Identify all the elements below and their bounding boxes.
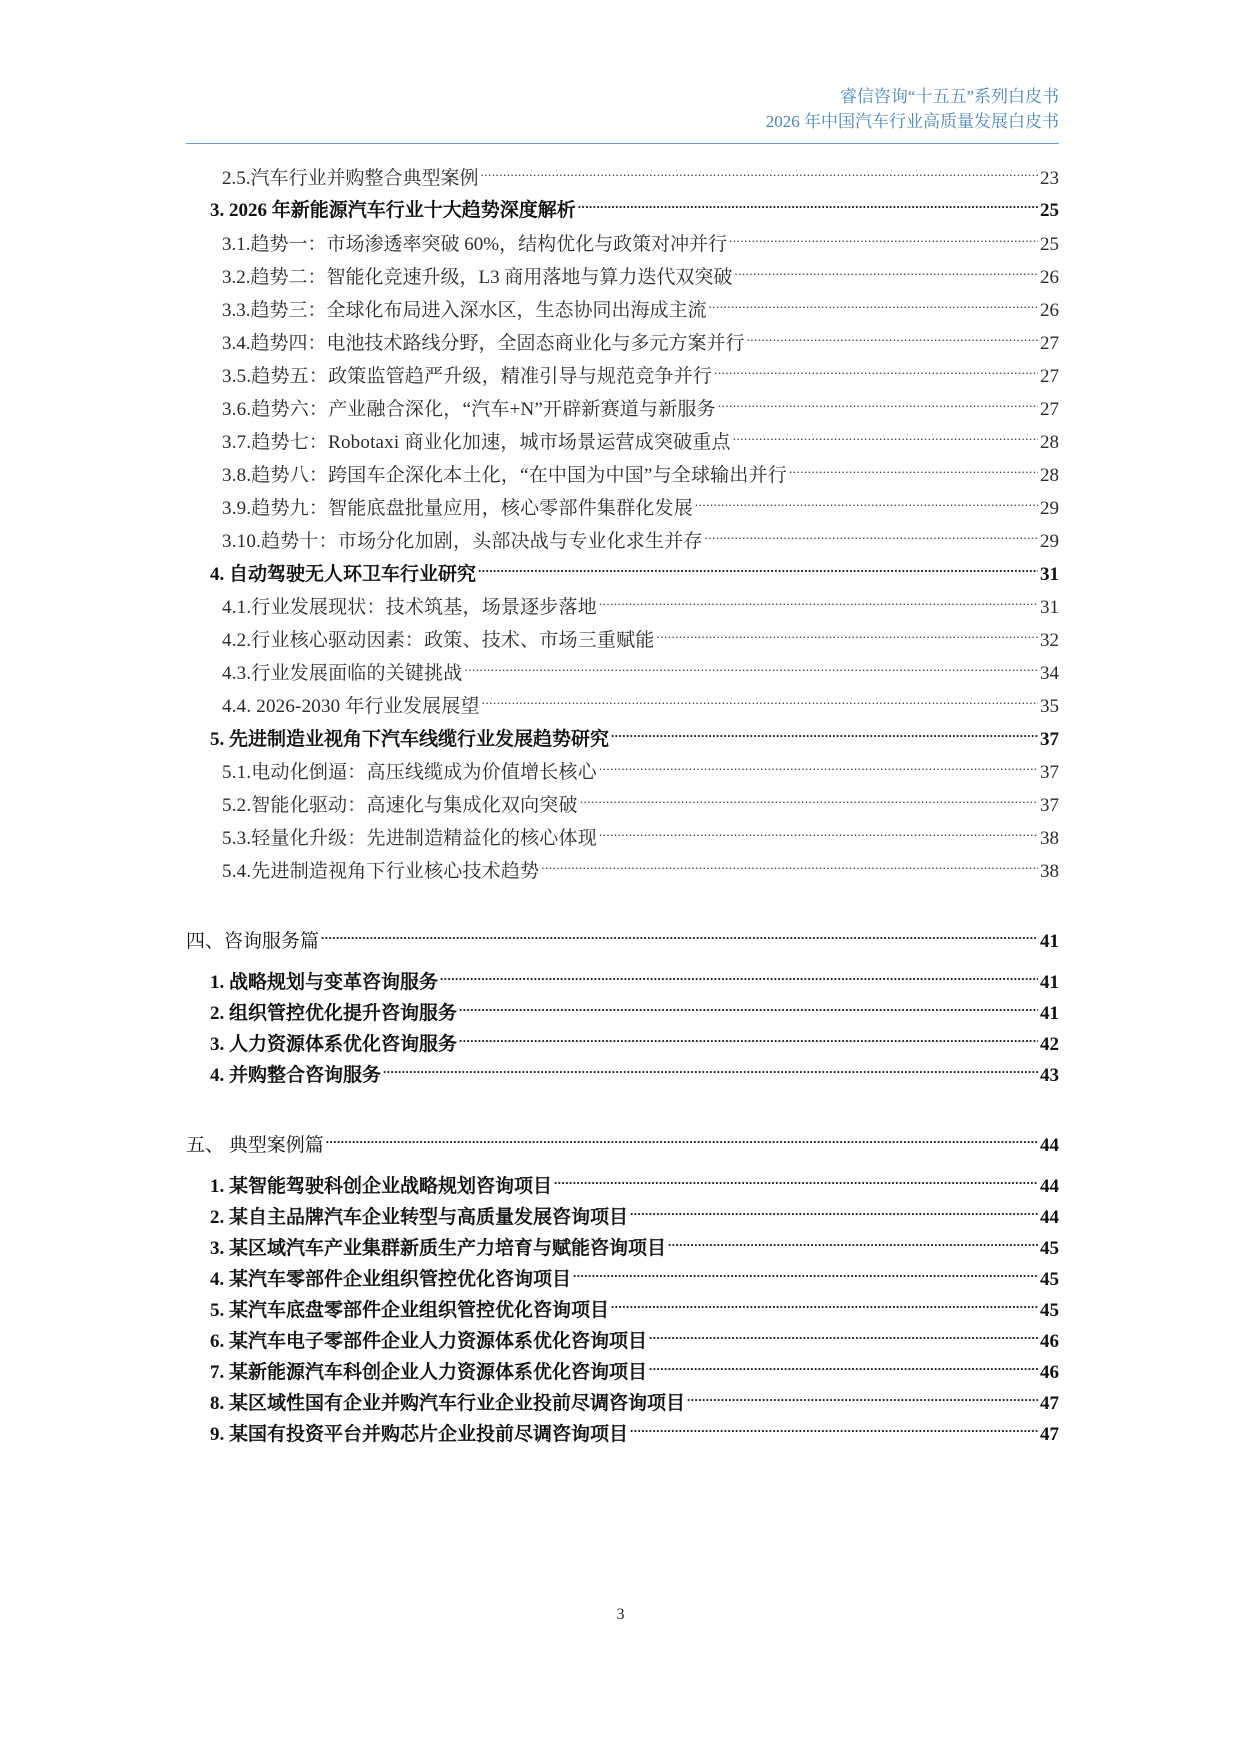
running-header: 睿信咨询“十五五”系列白皮书 2026 年中国汽车行业高质量发展白皮书: [186, 84, 1059, 134]
toc-entry[interactable]: 4.3.行业发展面临的关键挑战 34: [222, 645, 1059, 679]
dot-leader: [599, 579, 1038, 613]
toc-entry[interactable]: 4. 自动驾驶无人环卫车行业研究 31: [210, 546, 1059, 580]
dot-leader: [718, 381, 1038, 415]
dot-leader: [554, 1158, 1038, 1192]
toc-entry[interactable]: 5.1.电动化倒逼：高压线缆成为价值增长核心 37: [222, 744, 1059, 778]
toc-entry[interactable]: 3. 2026 年新能源汽车行业十大趋势深度解析 25: [210, 182, 1059, 216]
dot-leader: [578, 182, 1038, 216]
dot-leader: [481, 150, 1038, 184]
toc-entry[interactable]: 1. 战略规划与变革咨询服务 41: [210, 954, 1059, 988]
toc-entry[interactable]: 4.1.行业发展现状：技术筑基，场景逐步落地 31: [222, 579, 1059, 613]
toc-entry[interactable]: 3.10.趋势十：市场分化加剧，头部决战与专业化求生并存 29: [222, 513, 1059, 547]
toc-entry[interactable]: 8. 某区域性国有企业并购汽车行业企业投前尽调咨询项目 47: [210, 1375, 1059, 1409]
toc-entry[interactable]: 3.6.趋势六：产业融合深化，“汽车+N”开辟新赛道与新服务 27: [222, 381, 1059, 415]
toc-entry[interactable]: 4.2.行业核心驱动因素：政策、技术、市场三重赋能 32: [222, 612, 1059, 646]
toc-entry[interactable]: 3.2.趋势二：智能化竞速升级，L3 商用落地与算力迭代双突破 26: [222, 249, 1059, 283]
toc-entry[interactable]: 3.9.趋势九：智能底盘批量应用，核心零部件集群化发展 29: [222, 480, 1059, 514]
toc-entry-title: 9. 某国有投资平台并购芯片企业投前尽调咨询项目: [210, 1418, 628, 1452]
toc-entry[interactable]: 3.7.趋势七：Robotaxi 商业化加速，城市场景运营成突破重点 28: [222, 414, 1059, 448]
dot-leader: [734, 249, 1038, 283]
dot-leader: [705, 513, 1038, 547]
dot-leader: [599, 810, 1038, 844]
toc-part-entry[interactable]: 五、 典型案例篇 44: [186, 1117, 1059, 1151]
dot-leader: [459, 985, 1038, 1019]
series-title: 睿信咨询“十五五”系列白皮书: [186, 84, 1059, 109]
page-number: 3: [0, 1606, 1241, 1624]
toc-entry[interactable]: 3.8.趋势八：跨国车企深化本土化，“在中国为中国”与全球输出并行 28: [222, 447, 1059, 481]
toc-entry[interactable]: 3.4.趋势四：电池技术路线分野，全固态商业化与多元方案并行 27: [222, 315, 1059, 349]
toc-entry-page: 38: [1040, 855, 1059, 889]
header-divider: [186, 143, 1059, 144]
toc-entry[interactable]: 2. 某自主品牌汽车企业转型与高质量发展咨询项目 44: [210, 1189, 1059, 1223]
dot-leader: [630, 1406, 1038, 1440]
dot-leader: [599, 744, 1038, 778]
dot-leader: [478, 546, 1038, 580]
dot-leader: [326, 1117, 1038, 1151]
dot-leader: [482, 678, 1038, 712]
toc-entry[interactable]: 3.1.趋势一：市场渗透率突破 60%，结构优化与政策对冲并行 25: [222, 216, 1059, 250]
toc-entry-title: 4. 并购整合咨询服务: [210, 1059, 381, 1093]
dot-leader: [580, 777, 1038, 811]
dot-leader: [611, 1282, 1038, 1316]
dot-leader: [541, 843, 1038, 877]
dot-leader: [649, 1344, 1038, 1378]
dot-leader: [573, 1251, 1038, 1285]
dot-leader: [465, 645, 1038, 679]
dot-leader: [709, 282, 1038, 316]
toc-entry-page: 43: [1040, 1059, 1059, 1093]
dot-leader: [383, 1047, 1038, 1081]
toc-entry[interactable]: 1. 某智能驾驶科创企业战略规划咨询项目 44: [210, 1158, 1059, 1192]
dot-leader: [789, 447, 1038, 481]
toc-entry[interactable]: 9. 某国有投资平台并购芯片企业投前尽调咨询项目 47: [210, 1406, 1059, 1440]
toc-entry[interactable]: 2. 组织管控优化提升咨询服务 41: [210, 985, 1059, 1019]
toc-entry[interactable]: 3. 某区域汽车产业集群新质生产力培育与赋能咨询项目 45: [210, 1220, 1059, 1254]
dot-leader: [440, 954, 1038, 988]
toc-part-entry[interactable]: 四、咨询服务篇 41: [186, 913, 1059, 947]
document-title: 2026 年中国汽车行业高质量发展白皮书: [186, 109, 1059, 134]
toc-entry[interactable]: 7. 某新能源汽车科创企业人力资源体系优化咨询项目 46: [210, 1344, 1059, 1378]
dot-leader: [729, 216, 1038, 250]
dot-leader: [630, 1189, 1038, 1223]
toc-entry[interactable]: 5. 先进制造业视角下汽车线缆行业发展趋势研究 37: [210, 711, 1059, 745]
dot-leader: [611, 711, 1038, 745]
toc-entry[interactable]: 3. 人力资源体系优化咨询服务 42: [210, 1016, 1059, 1050]
toc-entry-title: 5.4.先进制造视角下行业核心技术趋势: [222, 855, 539, 889]
toc-entry[interactable]: 5.3.轻量化升级：先进制造精益化的核心体现 38: [222, 810, 1059, 844]
dot-leader: [733, 414, 1038, 448]
dot-leader: [695, 480, 1038, 514]
dot-leader: [321, 913, 1038, 947]
toc-entry[interactable]: 6. 某汽车电子零部件企业人力资源体系优化咨询项目 46: [210, 1313, 1059, 1347]
dot-leader: [668, 1220, 1038, 1254]
toc-entry[interactable]: 4. 某汽车零部件企业组织管控优化咨询项目 45: [210, 1251, 1059, 1285]
toc-entry[interactable]: 5. 某汽车底盘零部件企业组织管控优化咨询项目 45: [210, 1282, 1059, 1316]
dot-leader: [687, 1375, 1038, 1409]
toc-entry[interactable]: 3.3.趋势三：全球化布局进入深水区，生态协同出海成主流 26: [222, 282, 1059, 316]
toc-entry[interactable]: 5.2.智能化驱动：高速化与集成化双向突破 37: [222, 777, 1059, 811]
dot-leader: [657, 612, 1038, 646]
toc-entry[interactable]: 3.5.趋势五：政策监管趋严升级，精准引导与规范竞争并行 27: [222, 348, 1059, 382]
toc-entry[interactable]: 2.5.汽车行业并购整合典型案例 23: [222, 150, 1059, 184]
dot-leader: [747, 315, 1038, 349]
dot-leader: [649, 1313, 1038, 1347]
dot-leader: [459, 1016, 1038, 1050]
toc-entry[interactable]: 4. 并购整合咨询服务 43: [210, 1047, 1059, 1081]
toc-entry-page: 47: [1040, 1418, 1059, 1452]
toc-entry[interactable]: 5.4.先进制造视角下行业核心技术趋势 38: [222, 843, 1059, 877]
toc-entry[interactable]: 4.4. 2026-2030 年行业发展展望 35: [222, 678, 1059, 712]
dot-leader: [714, 348, 1038, 382]
